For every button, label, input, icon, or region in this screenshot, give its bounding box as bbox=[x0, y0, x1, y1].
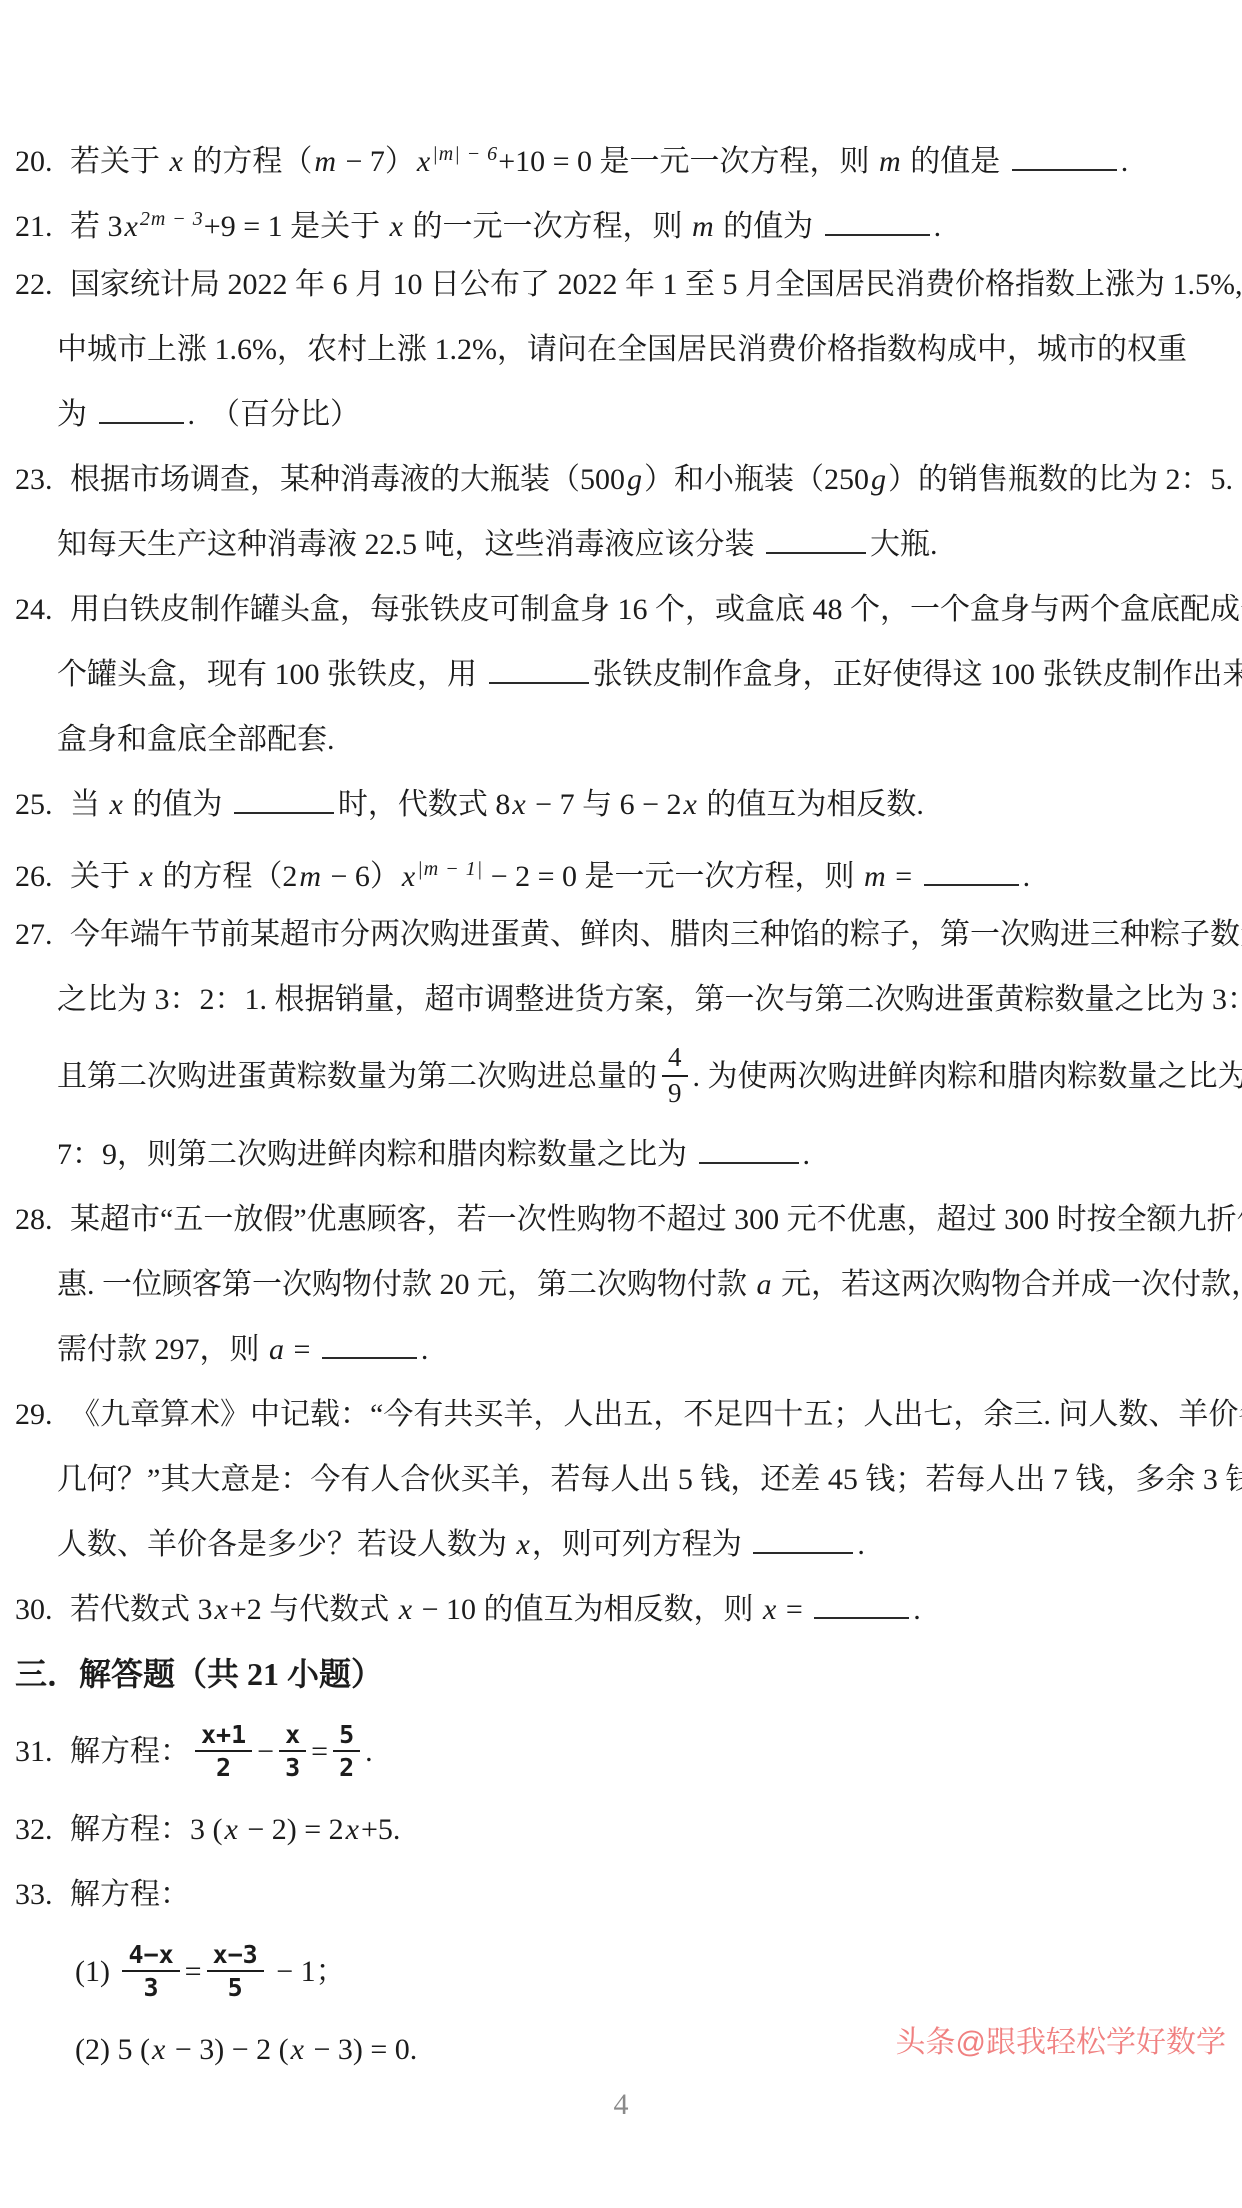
text: 的方程（ bbox=[185, 145, 313, 178]
text: 若关于 bbox=[70, 145, 168, 178]
math-var: x bbox=[223, 1813, 240, 1846]
problem-number: 32. bbox=[15, 1797, 70, 1862]
text: 的一元一次方程，则 bbox=[405, 210, 690, 243]
text: 的值互为相反数. bbox=[699, 788, 924, 821]
math-var: x bbox=[515, 1528, 532, 1561]
text: 之比为 3：2：1. 根据销量，超市调整进货方案，第一次与第二次购进蛋黄粽数量之… bbox=[57, 983, 1242, 1016]
fraction: 4−x3 bbox=[122, 1939, 179, 2004]
problem-24-line-2: 个罐头盒，现有 100 张铁皮，用 张铁皮制作盒身，正好使得这 100 张铁皮制… bbox=[0, 642, 1242, 707]
text: 解方程： bbox=[70, 1878, 190, 1911]
problem-number: 30. bbox=[15, 1577, 70, 1642]
text: 关于 bbox=[70, 860, 138, 893]
problem-27-line-4: 7：9，则第二次购进鲜肉粽和腊肉粽数量之比为 . bbox=[0, 1122, 1242, 1187]
text: +2 与代数式 bbox=[230, 1593, 397, 1626]
problem-number: 24. bbox=[15, 577, 70, 642]
text: 解方程：3 ( bbox=[70, 1813, 223, 1846]
text: 当 bbox=[70, 788, 108, 821]
numerator: x bbox=[279, 1719, 306, 1752]
answer-blank bbox=[814, 1615, 909, 1619]
math-var: x bbox=[344, 1813, 361, 1846]
text: − 7 与 6 − 2 bbox=[528, 788, 682, 821]
text: − 7） bbox=[338, 145, 415, 178]
problem-24-line-1: 24.用白铁皮制作罐头盒，每张铁皮可制盒身 16 个，或盒底 48 个，一个盒身… bbox=[0, 577, 1242, 642]
denominator: 2 bbox=[195, 1752, 252, 1783]
problem-29-line-1: 29.《九章算术》中记载：“今有共买羊，人出五，不足四十五；人出七，余三. 问人… bbox=[0, 1382, 1242, 1447]
text: − bbox=[257, 1735, 274, 1768]
text: (1) bbox=[75, 1955, 117, 1988]
text: 元，若这两次购物合并成一次付款， bbox=[774, 1268, 1242, 1301]
denominator: 5 bbox=[207, 1972, 264, 2003]
problem-28-line-2: 惠. 一位顾客第一次购物付款 20 元，第二次购物付款 a 元，若这两次购物合并… bbox=[0, 1252, 1242, 1317]
answer-blank bbox=[825, 232, 930, 236]
text: 时，代数式 8 bbox=[338, 788, 511, 821]
document-page: 20.若关于 x 的方程（m − 7）x|m| − 6+10 = 0 是一元一次… bbox=[0, 0, 1242, 2208]
problem-28-line-1: 28.某超市“五一放假”优惠顾客，若一次性购物不超过 300 元不优惠，超过 3… bbox=[0, 1187, 1242, 1252]
text: 用白铁皮制作罐头盒，每张铁皮可制盒身 16 个，或盒底 48 个，一个盒身与两个… bbox=[70, 593, 1242, 626]
text: − 1； bbox=[269, 1955, 346, 1988]
problem-27-line-3: 且第二次购进蛋黄粽数量为第二次购进总量的49. 为使两次购进鲜肉粽和腊肉粽数量之… bbox=[0, 1032, 1242, 1122]
math-var: x bbox=[397, 1593, 414, 1626]
math-var: m bbox=[862, 860, 888, 893]
math-exponent: |m − 1| bbox=[417, 858, 483, 880]
text: ）和小瓶装（250 bbox=[644, 463, 869, 496]
problem-22-line-1: 22.国家统计局 2022 年 6 月 10 日公布了 2022 年 1 至 5… bbox=[0, 252, 1242, 317]
text: 且第二次购进蛋黄粽数量为第二次购进总量的 bbox=[57, 1060, 657, 1093]
text: (2) 5 ( bbox=[75, 2033, 150, 2066]
math-exponent: |m| − 6 bbox=[432, 143, 498, 165]
text: 若代数式 3 bbox=[70, 1593, 213, 1626]
text: − 2) = 2 bbox=[240, 1813, 344, 1846]
text: 根据市场调查，某种消毒液的大瓶装（500 bbox=[70, 463, 625, 496]
text: ）的销售瓶数的比为 2：5. 已 bbox=[888, 463, 1242, 496]
problem-number: 29. bbox=[15, 1382, 70, 1447]
math-var: x bbox=[168, 145, 185, 178]
section-header: 三．解答题（共 21 小题） bbox=[0, 1642, 1242, 1707]
math-var: x bbox=[761, 1593, 778, 1626]
text: 国家统计局 2022 年 6 月 10 日公布了 2022 年 1 至 5 月全… bbox=[70, 268, 1242, 301]
math-var: x bbox=[123, 210, 140, 243]
math-var: x bbox=[388, 210, 405, 243]
answer-blank bbox=[322, 1355, 417, 1359]
text: 某超市“五一放假”优惠顾客，若一次性购物不超过 300 元不优惠，超过 300 … bbox=[70, 1203, 1242, 1236]
problem-22-line-3: 为 . （百分比） bbox=[0, 382, 1242, 447]
text: 大瓶. bbox=[870, 528, 938, 561]
math-var: x bbox=[510, 788, 527, 821]
text: . bbox=[913, 1593, 921, 1626]
math-var: a bbox=[755, 1268, 774, 1301]
problem-26-line-1: 26.关于 x 的方程（2m − 6）x|m − 1| − 2 = 0 是一元一… bbox=[0, 837, 1242, 902]
problem-number: 22. bbox=[15, 252, 70, 317]
numerator: x−3 bbox=[207, 1939, 264, 1972]
text: 《九章算术》中记载：“今有共买羊，人出五，不足四十五；人出七，余三. 问人数、羊… bbox=[70, 1398, 1242, 1431]
problem-20-line-1: 20.若关于 x 的方程（m − 7）x|m| − 6+10 = 0 是一元一次… bbox=[0, 122, 1242, 187]
problem-23-line-2: 知每天生产这种消毒液 22.5 吨，这些消毒液应该分装 大瓶. bbox=[0, 512, 1242, 577]
text: +9 = 1 是关于 bbox=[204, 210, 388, 243]
fraction: x3 bbox=[279, 1719, 306, 1784]
text: +10 = 0 是一元一次方程，则 bbox=[498, 145, 877, 178]
problem-number: 23. bbox=[15, 447, 70, 512]
problem-29-line-2: 几何？”其大意是：今有人合伙买羊，若每人出 5 钱，还差 45 钱；若每人出 7… bbox=[0, 1447, 1242, 1512]
text: 的值是 bbox=[903, 145, 1008, 178]
text: . （百分比） bbox=[188, 398, 361, 431]
text: . bbox=[1121, 145, 1129, 178]
numerator: 4−x bbox=[122, 1939, 179, 1972]
watermark-text: 头条@跟我轻松学好数学 bbox=[896, 2022, 1226, 2064]
problem-number: 20. bbox=[15, 129, 70, 194]
problem-list: 20.若关于 x 的方程（m − 7）x|m| − 6+10 = 0 是一元一次… bbox=[0, 122, 1242, 2082]
problem-number: 31. bbox=[15, 1707, 70, 1797]
text: − 10 的值互为相反数，则 bbox=[414, 1593, 761, 1626]
fraction: x+12 bbox=[195, 1719, 252, 1784]
denominator: 9 bbox=[662, 1077, 688, 1111]
fraction: 49 bbox=[662, 1041, 688, 1111]
text: 解方程： bbox=[70, 1735, 190, 1768]
text: +5. bbox=[361, 1813, 400, 1846]
text: 惠. 一位顾客第一次购物付款 20 元，第二次购物付款 bbox=[57, 1268, 755, 1301]
problem-31-line-1: 31.解方程：x+12−x3=52. bbox=[0, 1707, 1242, 1797]
text: − 3) = 0. bbox=[306, 2033, 417, 2066]
math-var: x bbox=[108, 788, 125, 821]
text: − 3) − 2 ( bbox=[167, 2033, 288, 2066]
problem-21-line-1: 21.若 3x2m − 3+9 = 1 是关于 x 的一元一次方程，则 m 的值… bbox=[0, 187, 1242, 252]
problem-22-line-2: 中城市上涨 1.6%，农村上涨 1.2%，请问在全国居民消费价格指数构成中，城市… bbox=[0, 317, 1242, 382]
text: 的值为 bbox=[716, 210, 821, 243]
text: 今年端午节前某超市分两次购进蛋黄、鲜肉、腊肉三种馅的粽子，第一次购进三种粽子数量 bbox=[70, 918, 1242, 951]
math-var: m bbox=[690, 210, 716, 243]
answer-blank bbox=[234, 810, 334, 814]
math-var: m bbox=[297, 860, 323, 893]
text: ，则可列方程为 bbox=[532, 1528, 750, 1561]
answer-blank bbox=[753, 1550, 853, 1554]
fraction: x−35 bbox=[207, 1939, 264, 2004]
text: 几何？”其大意是：今有人合伙买羊，若每人出 5 钱，还差 45 钱；若每人出 7… bbox=[57, 1463, 1242, 1496]
math-var: x bbox=[150, 2033, 167, 2066]
problem-number: 28. bbox=[15, 1187, 70, 1252]
math-var: x bbox=[213, 1593, 230, 1626]
text: = bbox=[286, 1333, 318, 1366]
answer-blank bbox=[766, 550, 866, 554]
text: . bbox=[934, 210, 942, 243]
page-number: 4 bbox=[0, 2088, 1242, 2122]
problem-23-line-1: 23.根据市场调查，某种消毒液的大瓶装（500g）和小瓶装（250g）的销售瓶数… bbox=[0, 447, 1242, 512]
text: . bbox=[1023, 860, 1031, 893]
text: 人数、羊价各是多少？若设人数为 bbox=[57, 1528, 515, 1561]
fraction: 52 bbox=[333, 1719, 360, 1784]
text: 盒身和盒底全部配套. bbox=[57, 723, 335, 756]
problem-number: 21. bbox=[15, 194, 70, 259]
problem-33-sub-1: (1) 4−x3=x−35 − 1； bbox=[0, 1927, 1242, 2017]
text: . bbox=[857, 1528, 865, 1561]
text: 知每天生产这种消毒液 22.5 吨，这些消毒液应该分装 bbox=[57, 528, 762, 561]
text: . bbox=[365, 1735, 373, 1768]
text: − 6） bbox=[323, 860, 400, 893]
text: 三．解答题（共 21 小题） bbox=[15, 1656, 383, 1692]
answer-blank bbox=[699, 1160, 799, 1164]
text: 需付款 297，则 bbox=[57, 1333, 267, 1366]
denominator: 2 bbox=[333, 1752, 360, 1783]
text: 个罐头盒，现有 100 张铁皮，用 bbox=[57, 658, 485, 691]
problem-number: 26. bbox=[15, 844, 70, 909]
text: = bbox=[888, 860, 920, 893]
text: 7：9，则第二次购进鲜肉粽和腊肉粽数量之比为 bbox=[57, 1138, 695, 1171]
problem-25-line-1: 25.当 x 的值为 时，代数式 8x − 7 与 6 − 2x 的值互为相反数… bbox=[0, 772, 1242, 837]
text: 的方程（2 bbox=[155, 860, 298, 893]
math-var: x bbox=[400, 860, 417, 893]
text: 张铁皮制作盒身，正好使得这 100 张铁皮制作出来的 bbox=[593, 658, 1242, 691]
problem-27-line-2: 之比为 3：2：1. 根据销量，超市调整进货方案，第一次与第二次购进蛋黄粽数量之… bbox=[0, 967, 1242, 1032]
math-var: g bbox=[869, 463, 888, 496]
numerator: x+1 bbox=[195, 1719, 252, 1752]
math-var: m bbox=[877, 145, 903, 178]
problem-number: 33. bbox=[15, 1862, 70, 1927]
problem-29-line-3: 人数、羊价各是多少？若设人数为 x，则可列方程为 . bbox=[0, 1512, 1242, 1577]
text: . 为使两次购进鲜肉粽和腊肉粽数量之比为 bbox=[693, 1060, 1242, 1093]
text: 中城市上涨 1.6%，农村上涨 1.2%，请问在全国居民消费价格指数构成中，城市… bbox=[57, 333, 1187, 366]
problem-30-line-1: 30.若代数式 3x+2 与代数式 x − 10 的值互为相反数，则 x = . bbox=[0, 1577, 1242, 1642]
text: 若 3 bbox=[70, 210, 123, 243]
math-var: a bbox=[267, 1333, 286, 1366]
answer-blank bbox=[1012, 167, 1117, 171]
problem-27-line-1: 27.今年端午节前某超市分两次购进蛋黄、鲜肉、腊肉三种馅的粽子，第一次购进三种粽… bbox=[0, 902, 1242, 967]
answer-blank bbox=[489, 680, 589, 684]
math-var: x bbox=[289, 2033, 306, 2066]
problem-24-line-3: 盒身和盒底全部配套. bbox=[0, 707, 1242, 772]
denominator: 3 bbox=[279, 1752, 306, 1783]
text: − 2 = 0 是一元一次方程，则 bbox=[483, 860, 862, 893]
text: 为 bbox=[57, 398, 95, 431]
text: . bbox=[803, 1138, 811, 1171]
math-var: x bbox=[415, 145, 432, 178]
text: = bbox=[185, 1955, 202, 1988]
math-var: m bbox=[312, 145, 338, 178]
denominator: 3 bbox=[122, 1972, 179, 2003]
answer-blank bbox=[99, 420, 184, 424]
answer-blank bbox=[924, 882, 1019, 886]
numerator: 4 bbox=[662, 1041, 688, 1077]
math-var: g bbox=[625, 463, 644, 496]
numerator: 5 bbox=[333, 1719, 360, 1752]
math-var: x bbox=[138, 860, 155, 893]
problem-number: 27. bbox=[15, 902, 70, 967]
problem-number: 25. bbox=[15, 772, 70, 837]
text: . bbox=[421, 1333, 429, 1366]
math-var: x bbox=[682, 788, 699, 821]
text: = bbox=[778, 1593, 810, 1626]
problem-32-line-1: 32.解方程：3 (x − 2) = 2x+5. bbox=[0, 1797, 1242, 1862]
math-exponent: 2m − 3 bbox=[140, 208, 204, 230]
problem-33-line-1: 33.解方程： bbox=[0, 1862, 1242, 1927]
text: 的值为 bbox=[125, 788, 230, 821]
problem-28-line-3: 需付款 297，则 a = . bbox=[0, 1317, 1242, 1382]
text: = bbox=[311, 1735, 328, 1768]
